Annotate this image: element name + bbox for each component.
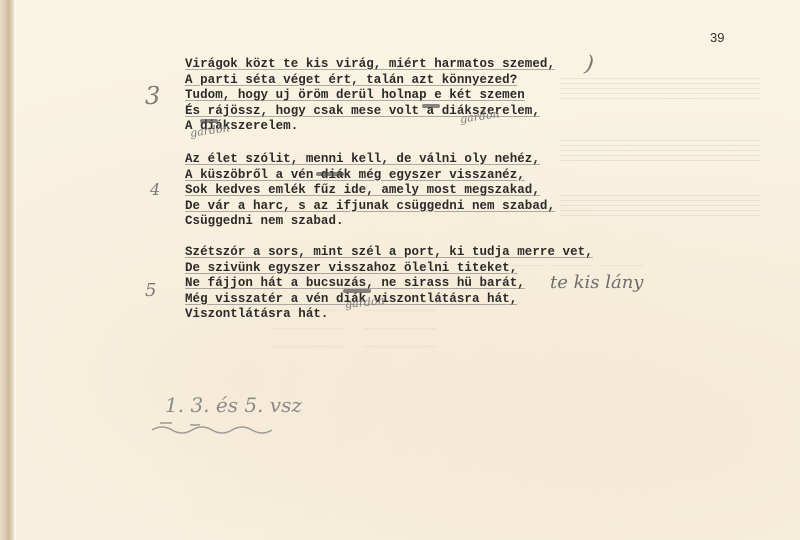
lyric-line: A küszöbről a vén diák még egyszer vissz… xyxy=(185,168,555,184)
stanza-3: Szétszór a sors, mint szél a port, ki tu… xyxy=(185,245,593,323)
bleed-staff xyxy=(560,140,760,164)
wavy-underline xyxy=(150,418,290,440)
strikethrough xyxy=(316,172,344,176)
page-binding xyxy=(0,0,14,540)
bleed-text: __________ __________ xyxy=(270,336,436,350)
stanza-1: Virágok közt te kis virág, miért harmato… xyxy=(185,57,555,135)
strikethrough xyxy=(343,289,371,293)
lyric-line: Ne fájjon hát a bucsuzás, ne sirass hü b… xyxy=(185,276,593,292)
strikethrough xyxy=(422,104,440,108)
lyric-line: Még visszatér a vén diák viszontlátásra … xyxy=(185,292,593,308)
margin-note-5: 5 xyxy=(145,280,156,301)
stanza-2: Az élet szólit, menni kell, de válni oly… xyxy=(185,152,555,230)
binding-edge xyxy=(14,0,16,540)
bracket-mark: ) xyxy=(583,52,595,78)
lyric-line: Viszontlátásra hát. xyxy=(185,307,593,323)
lyric-line: Virágok közt te kis virág, miért harmato… xyxy=(185,57,555,73)
lyric-line: Tudom, hogy uj öröm derül holnap e két s… xyxy=(185,88,555,104)
margin-note-3: 3 xyxy=(145,82,160,110)
footer-handwritten-note: 1. 3. és 5. vsz xyxy=(165,393,302,417)
lyric-line: A diákszerelem. xyxy=(185,119,555,135)
lyric-line: De vár a harc, s az ifjunak csüggedni ne… xyxy=(185,199,555,215)
margin-note-4: 4 xyxy=(150,180,160,199)
handwritten-correction: te kis lány xyxy=(550,272,643,293)
lyric-line: Csüggedni nem szabad. xyxy=(185,214,555,230)
scanned-page: ______ ______ ______ __________ ________… xyxy=(0,0,800,540)
bleed-staff xyxy=(560,195,760,219)
lyric-line: Sok kedves emlék fűz ide, amely most meg… xyxy=(185,183,555,199)
lyric-line: A parti séta véget ért, talán azt könnye… xyxy=(185,73,555,89)
page-number: 39 xyxy=(710,30,724,45)
lyric-line: Az élet szólit, menni kell, de válni oly… xyxy=(185,152,555,168)
lyric-line: De szivünk egyszer visszahoz ölelni tite… xyxy=(185,261,593,277)
bleed-staff xyxy=(560,78,760,102)
lyric-line: Szétszór a sors, mint szél a port, ki tu… xyxy=(185,245,593,261)
